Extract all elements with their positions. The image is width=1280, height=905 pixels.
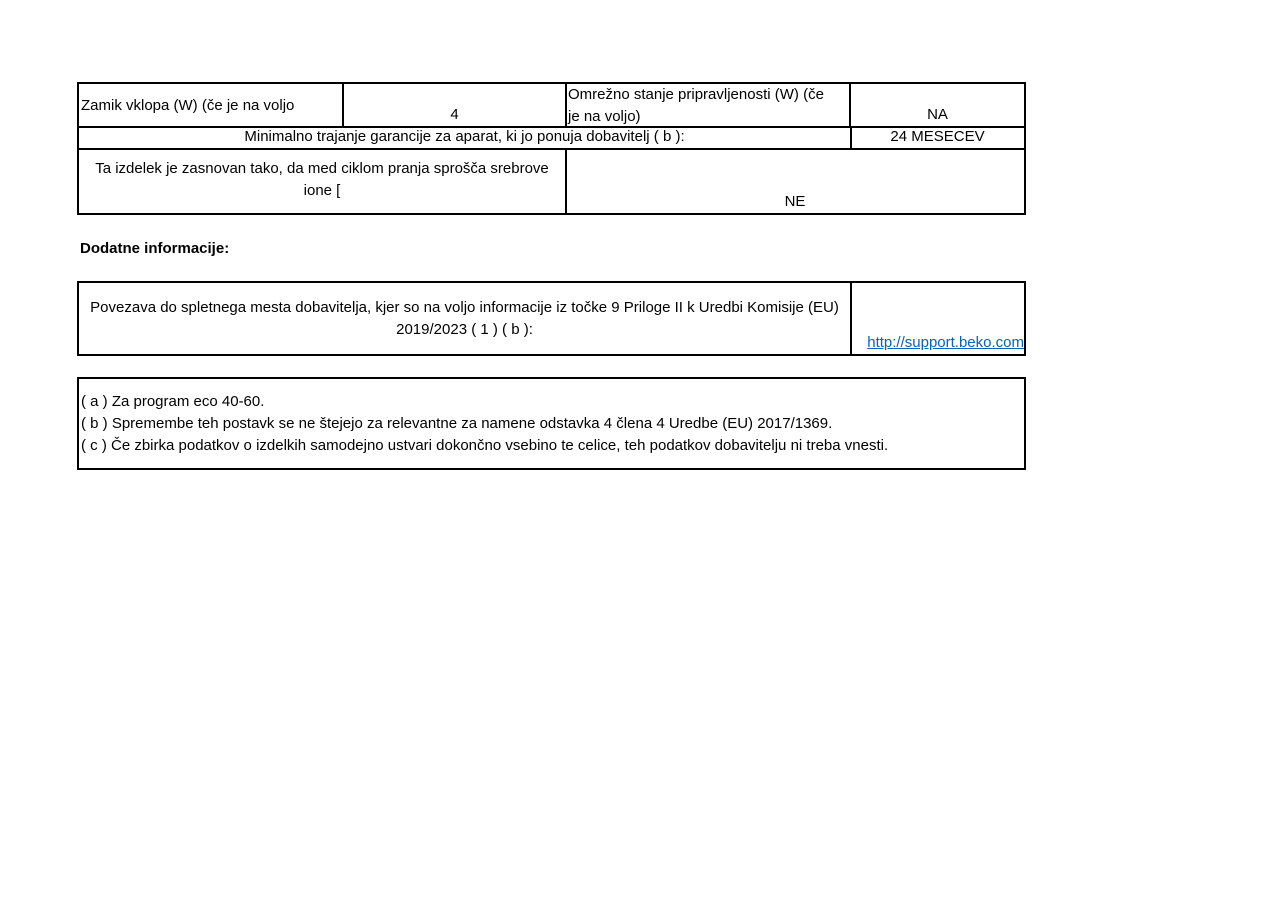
supplier-website-link[interactable]: http://support.beko.com bbox=[851, 332, 1024, 354]
footnote-c: ( c ) Če zbirka podatkov o izdelkih samo… bbox=[81, 435, 888, 457]
cell-standby-value: NA bbox=[851, 82, 1026, 128]
delay-start-label: Zamik vklopa (W) (če je na voljo bbox=[81, 95, 294, 117]
standby-value: NA bbox=[851, 104, 1024, 126]
supplier-link-label-line1: Povezava do spletnega mesta dobavitelja,… bbox=[79, 297, 850, 319]
warranty-label: Minimalno trajanje garancije za aparat, … bbox=[79, 126, 850, 148]
cell-supplier-link-label: Povezava do spletnega mesta dobavitelja,… bbox=[77, 281, 852, 356]
delay-start-value: 4 bbox=[344, 104, 565, 126]
silver-ions-label-line1: Ta izdelek je zasnovan tako, da med cikl… bbox=[79, 158, 565, 180]
silver-ions-label-line2: ione [ bbox=[79, 180, 565, 202]
supplier-link-label-line2: 2019/2023 ( 1 ) ( b ): bbox=[79, 319, 850, 341]
section-heading: Dodatne informacije: bbox=[80, 238, 229, 260]
standby-label-line1: Omrežno stanje pripravljenosti (W) (če bbox=[568, 84, 824, 106]
silver-ions-value: NE bbox=[566, 191, 1024, 213]
cell-silver-ions-value: NE bbox=[566, 148, 1026, 215]
warranty-value: 24 MESECEV bbox=[851, 126, 1024, 148]
footnote-a: ( a ) Za program eco 40-60. bbox=[81, 391, 888, 413]
cell-silver-ions-label: Ta izdelek je zasnovan tako, da med cikl… bbox=[77, 148, 567, 215]
cell-warranty-label: Minimalno trajanje garancije za aparat, … bbox=[77, 126, 852, 150]
cell-delay-start-value: 4 bbox=[344, 82, 567, 128]
standby-label-line2: je na voljo) bbox=[568, 106, 824, 128]
cell-delay-start-label: Zamik vklopa (W) (če je na voljo bbox=[77, 82, 344, 128]
cell-standby-label: Omrežno stanje pripravljenosti (W) (če j… bbox=[567, 82, 851, 128]
cell-warranty-value: 24 MESECEV bbox=[851, 126, 1026, 150]
footnote-b: ( b ) Spremembe teh postavk se ne štejej… bbox=[81, 413, 888, 435]
cell-supplier-link-value: http://support.beko.com bbox=[851, 281, 1026, 356]
footnotes-box: ( a ) Za program eco 40-60. ( b ) Spreme… bbox=[77, 377, 1026, 470]
